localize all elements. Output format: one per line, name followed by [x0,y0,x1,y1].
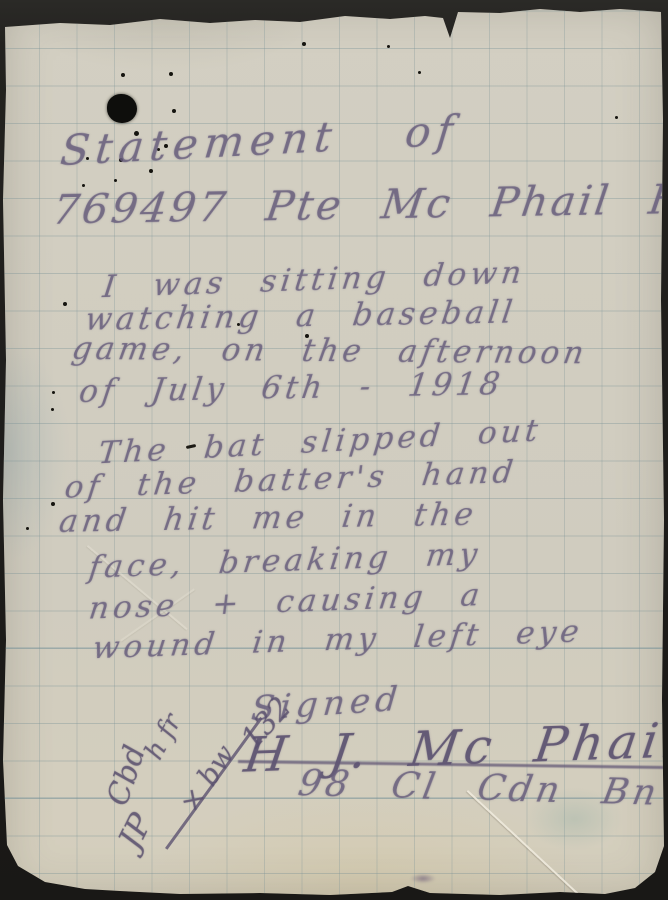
ink-speck [63,302,67,306]
ink-speck [51,502,55,506]
paper-sheet: Statement of 769497 Pte Mc Phail H.J. I … [0,0,668,900]
ink-speck [51,408,54,411]
ink-speck [387,45,390,48]
ink-speck [172,109,176,113]
ink-speck [169,72,173,76]
ink-speck [615,116,618,119]
statement-line: and hit me in the [57,496,480,539]
ink-speck [52,391,55,394]
scanner-background: Statement of 769497 Pte Mc Phail H.J. I … [0,0,668,900]
ink-speck [121,73,125,77]
paper-smudge [406,872,440,885]
ink-speck [114,179,117,182]
statement-line: of July 6th - 1918 [77,366,506,409]
statement-line: game, on the afternoon [69,331,590,371]
punch-hole [107,94,137,123]
ink-speck [26,527,29,530]
ink-speck [302,42,306,46]
ink-speck [418,71,421,74]
